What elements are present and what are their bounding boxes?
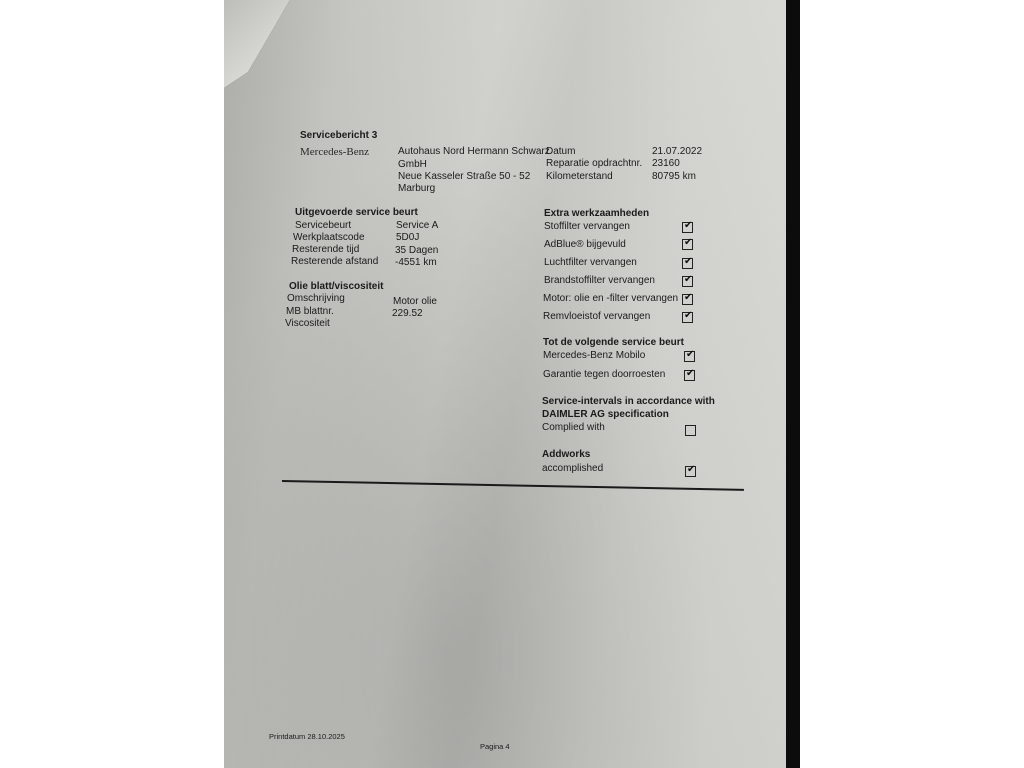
footer-page-number: Pagina 4 — [480, 742, 510, 751]
checkmark-icon: ✔ — [684, 220, 692, 232]
extra-item-label: Luchtfilter vervangen — [544, 257, 637, 268]
checkmark-icon: ✔ — [684, 274, 692, 286]
next-service-checkbox[interactable]: ✔ — [684, 351, 695, 362]
extra-item-label: Brandstoffilter vervangen — [544, 275, 655, 286]
service-label-type: Servicebeurt — [295, 220, 351, 231]
meta-label-mileage: Kilometerstand — [546, 171, 613, 182]
next-service-checkbox[interactable]: ✔ — [684, 370, 695, 381]
oil-value-description: Motor olie — [393, 296, 437, 307]
service-value-distance: -4551 km — [395, 257, 437, 268]
service-label-time: Resterende tijd — [292, 244, 359, 255]
oil-heading: Olie blatt/viscositeit — [289, 281, 383, 292]
extra-checkbox[interactable]: ✔ — [682, 276, 693, 287]
meta-value-mileage: 80795 km — [652, 171, 696, 182]
checkmark-icon: ✔ — [684, 310, 692, 322]
photo-stage: Servicebericht 3 Mercedes-Benz Autohaus … — [0, 0, 1024, 768]
oil-label-mb-sheet: MB blattnr. — [286, 306, 334, 317]
brand-name: Mercedes-Benz — [300, 146, 369, 158]
service-heading: Uitgevoerde service beurt — [295, 207, 418, 218]
document-title: Servicebericht 3 — [300, 130, 377, 141]
checkmark-icon: ✔ — [686, 368, 694, 380]
intervals-checkbox-unchecked[interactable] — [685, 425, 696, 436]
dealer-street: Neue Kasseler Straße 50 - 52 — [398, 171, 530, 182]
service-label-code: Werkplaatscode — [293, 232, 365, 243]
dealer-name-line2: GmbH — [398, 159, 427, 170]
intervals-heading-line2: DAIMLER AG specification — [542, 409, 669, 420]
service-value-type: Service A — [396, 220, 438, 231]
service-value-time: 35 Dagen — [395, 245, 438, 256]
extra-checkbox[interactable]: ✔ — [682, 312, 693, 323]
checkmark-icon: ✔ — [687, 464, 695, 476]
next-service-heading: Tot de volgende service beurt — [543, 337, 684, 348]
oil-label-description: Omschrijving — [287, 293, 345, 304]
extra-item-label: AdBlue® bijgevuld — [544, 239, 626, 250]
addworks-checkbox[interactable]: ✔ — [685, 466, 696, 477]
dealer-name-line1: Autohaus Nord Hermann Schwarz — [398, 146, 550, 157]
intervals-item-label: Complied with — [542, 422, 605, 433]
meta-label-date: Datum — [546, 146, 575, 157]
checkmark-icon: ✔ — [686, 349, 694, 361]
checkmark-icon: ✔ — [684, 237, 692, 249]
meta-label-order: Reparatie opdrachtnr. — [546, 158, 642, 169]
meta-value-order: 23160 — [652, 158, 680, 169]
next-service-item-label: Garantie tegen doorroesten — [543, 369, 665, 380]
dealer-city: Marburg — [398, 183, 435, 194]
meta-value-date: 21.07.2022 — [652, 146, 702, 157]
oil-label-viscosity: Viscositeit — [285, 318, 330, 329]
addworks-item-label: accomplished — [542, 463, 603, 474]
service-value-code: 5D0J — [396, 232, 419, 243]
extra-checkbox[interactable]: ✔ — [682, 294, 693, 305]
extra-checkbox[interactable]: ✔ — [682, 222, 693, 233]
paper-sheet — [224, 0, 786, 768]
intervals-heading-line1: Service-intervals in accordance with — [542, 396, 715, 407]
next-service-item-label: Mercedes-Benz Mobilo — [543, 350, 645, 361]
extra-item-label: Motor: olie en -filter vervangen — [543, 293, 678, 304]
extra-item-label: Stoffilter vervangen — [544, 221, 630, 232]
service-label-distance: Resterende afstand — [291, 256, 378, 267]
extra-checkbox[interactable]: ✔ — [682, 239, 693, 250]
footer-print-date: Printdatum 28.10.2025 — [269, 732, 345, 741]
extra-heading: Extra werkzaamheden — [544, 208, 649, 219]
checkmark-icon: ✔ — [684, 292, 692, 304]
checkmark-icon: ✔ — [684, 256, 692, 268]
extra-checkbox[interactable]: ✔ — [682, 258, 693, 269]
extra-item-label: Remvloeistof vervangen — [543, 311, 650, 322]
addworks-heading: Addworks — [542, 449, 590, 460]
oil-value-mb-sheet: 229.52 — [392, 308, 423, 319]
